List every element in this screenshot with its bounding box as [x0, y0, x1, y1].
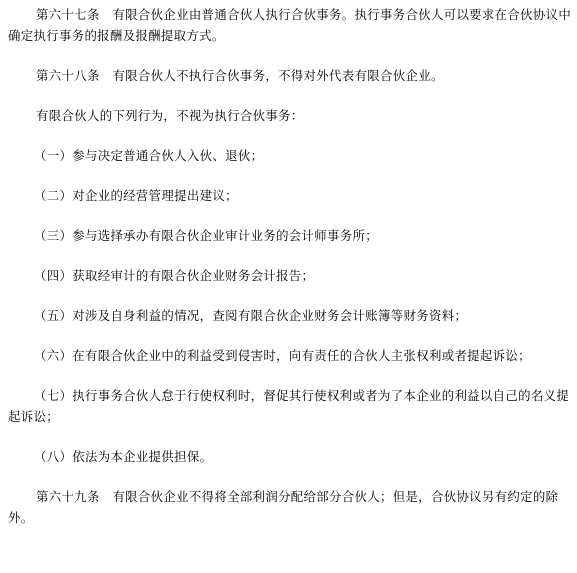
- article-67: 第六十七条 有限合伙企业由普通合伙人执行合伙事务。执行事务合伙人可以要求在合伙协…: [8, 4, 572, 46]
- list-item-2: （二）对企业的经营管理提出建议；: [8, 185, 572, 206]
- list-item-6: （六）在有限合伙企业中的利益受到侵害时，向有责任的合伙人主张权利或者提起诉讼；: [8, 345, 572, 366]
- list-item-3: （三）参与选择承办有限合伙企业审计业务的会计师事务所；: [8, 225, 572, 246]
- article-69: 第六十九条 有限合伙企业不得将全部利润分配给部分合伙人；但是，合伙协议另有约定的…: [8, 486, 572, 528]
- list-item-4: （四）获取经审计的有限合伙企业财务会计报告；: [8, 265, 572, 286]
- list-item-8: （八）依法为本企业提供担保。: [8, 446, 572, 467]
- list-item-1: （一）参与决定普通合伙人入伙、退伙；: [8, 145, 572, 166]
- legal-document: 第六十七条 有限合伙企业由普通合伙人执行合伙事务。执行事务合伙人可以要求在合伙协…: [0, 0, 577, 528]
- article-68: 第六十八条 有限合伙人不执行合伙事务，不得对外代表有限合伙企业。: [8, 65, 572, 86]
- list-item-7: （七）执行事务合伙人怠于行使权利时，督促其行使权利或者为了本企业的利益以自己的名…: [8, 385, 572, 427]
- limited-partner-acts-intro: 有限合伙人的下列行为，不视为执行合伙事务：: [8, 105, 572, 126]
- list-item-5: （五）对涉及自身利益的情况，查阅有限合伙企业财务会计账簿等财务资料；: [8, 305, 572, 326]
